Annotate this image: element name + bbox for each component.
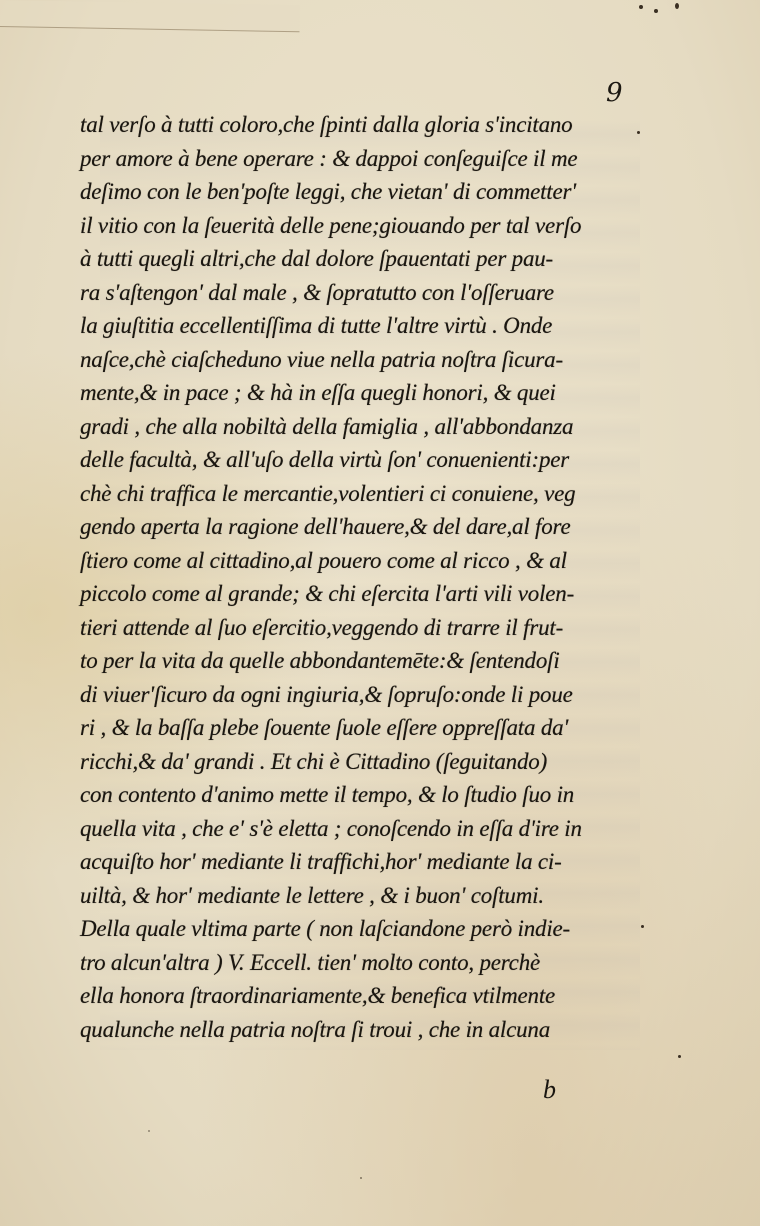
text-line: uiltà, & hor' mediante le lettere , & i … [80,879,640,913]
text-line: to per la vita da quelle abbondantemēte:… [80,644,640,678]
text-line: la giuſtitia eccellentiſſima di tutte l'… [80,309,640,343]
text-line: quella vita , che e' s'è eletta ; conoſc… [80,812,640,846]
text-line: acquiſto hor' mediante li traffichi,hor'… [80,845,640,879]
text-line: qualunche nella patria noſtra ſi troui ,… [80,1013,640,1047]
text-line: Della quale vltima parte ( non laſciando… [80,912,640,946]
text-line: per amore à bene operare : & dappoi conſ… [80,142,640,176]
text-line: à tutti quegli altri,che dal dolore ſpau… [80,242,640,276]
book-page: 9 tal verſo à tutti coloro,che ſpinti da… [0,0,760,1226]
text-line: mente,& in pace ; & hà in eſſa quegli ho… [80,376,640,410]
page-number: 9 [606,78,623,108]
text-line: deſimo con le ben'poſte leggi, che vieta… [80,175,640,209]
text-line: ella honora ſtraordinariamente,& benefic… [80,979,640,1013]
text-line: di viuer'ſicuro da ogni ingiuria,& ſopru… [80,678,640,712]
text-line: chè chi traffica le mercantie,volentieri… [80,477,640,511]
text-line: naſce,chè ciaſcheduno viue nella patria … [80,343,640,377]
text-line: tro alcun'altra ) V. Eccell. tien' molto… [80,946,640,980]
body-text: tal verſo à tutti coloro,che ſpinti dall… [80,108,640,1046]
text-line: ra s'aſtengon' dal male , & ſopratutto c… [80,276,640,310]
text-line: gradi , che alla nobiltà della famiglia … [80,410,640,444]
text-line: piccolo come al grande; & chi eſercita l… [80,577,640,611]
signature-mark: b [543,1075,556,1105]
text-line: tieri attende al ſuo eſercitio,veggendo … [80,611,640,645]
text-line: ſtiero come al cittadino,al pouero come … [80,544,640,578]
text-line: delle facultà, & all'uſo della virtù ſon… [80,443,640,477]
text-line: tal verſo à tutti coloro,che ſpinti dall… [80,108,640,142]
text-line: ri , & la baſſa plebe ſouente ſuole eſſe… [80,711,640,745]
text-line: gendo aperta la ragione dell'hauere,& de… [80,510,640,544]
text-line: il vitio con la ſeuerità delle pene;giou… [80,209,640,243]
text-line: ricchi,& da' grandi . Et chi è Cittadino… [80,745,640,779]
text-line: con contento d'animo mette il tempo, & l… [80,778,640,812]
